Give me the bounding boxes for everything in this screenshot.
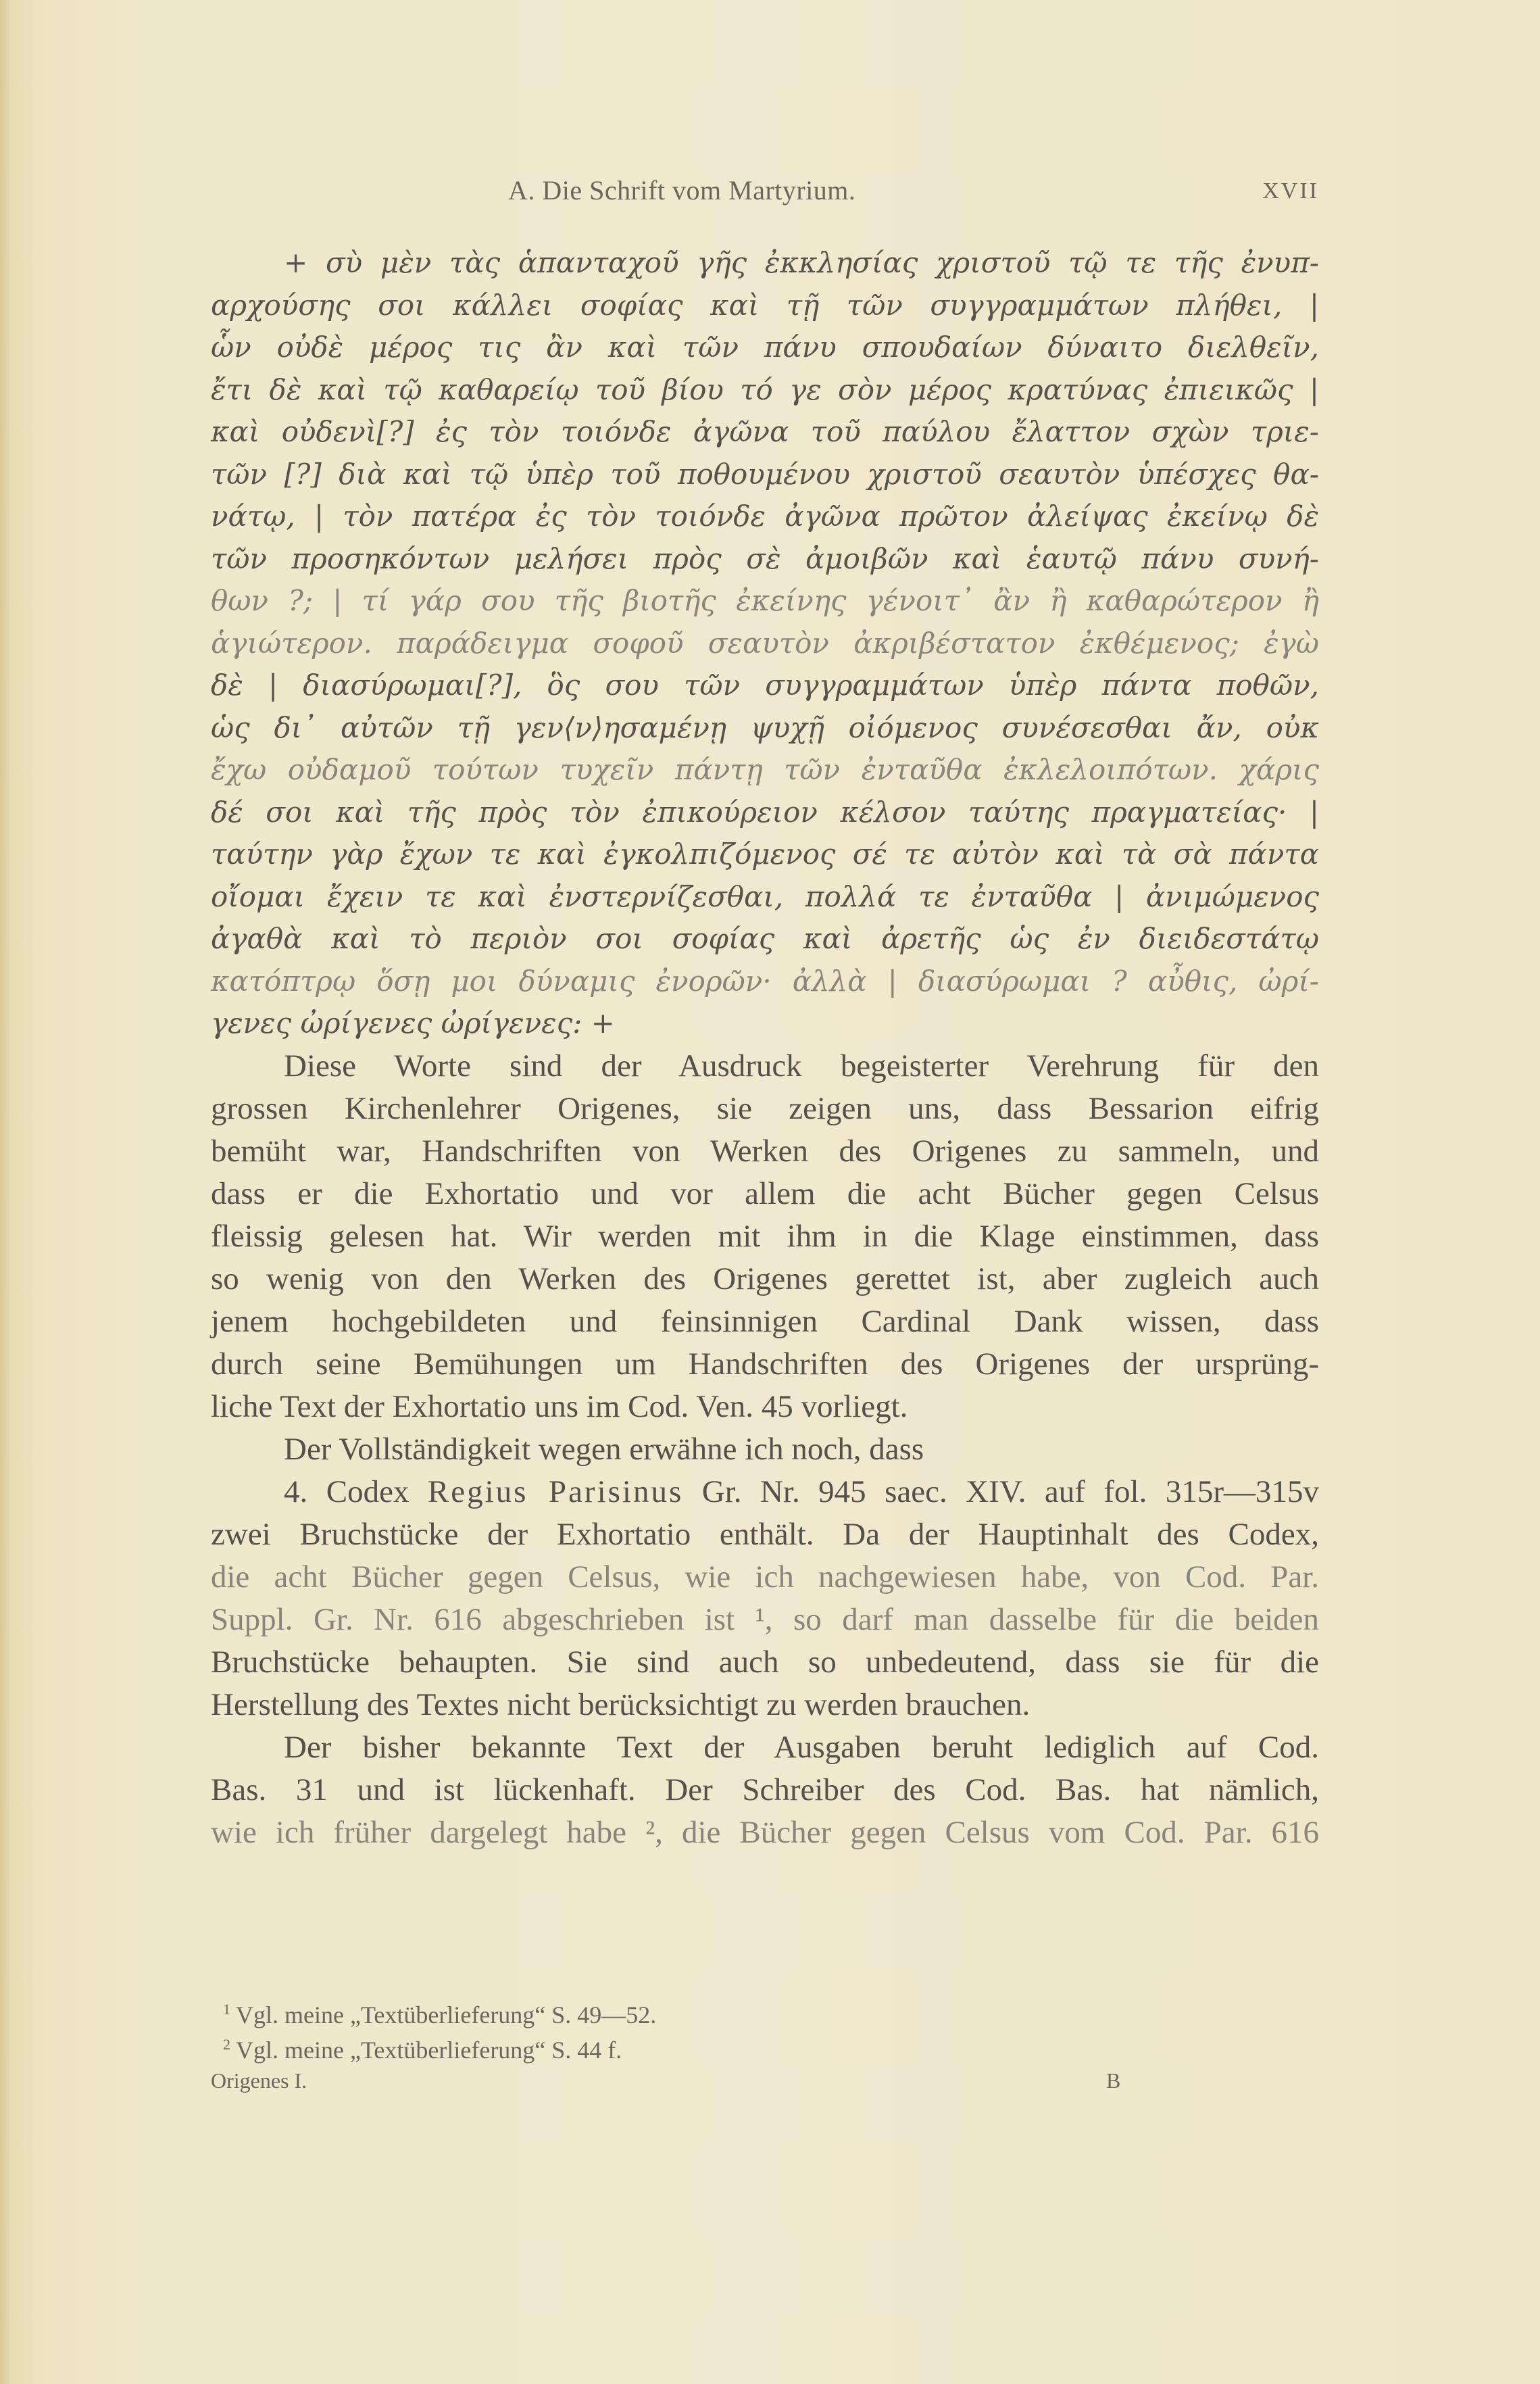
paragraph-line: jenem hochgebildeten und feinsinnigen Ca…	[211, 1300, 1319, 1343]
greek-line: αρχούσης σοι κάλλει σοφίας καὶ τῇ τῶν συ…	[211, 285, 1319, 327]
paragraph-line: Der bisher bekannte Text der Ausgaben be…	[211, 1726, 1319, 1769]
printer-signature: Origenes I. B	[211, 2068, 1319, 2098]
paragraph-line: fleissig gelesen hat. Wir werden mit ihm…	[211, 1215, 1319, 1258]
body-text: Diese Worte sind der Ausdruck begeistert…	[211, 1045, 1319, 1854]
codex-details: Gr. Nr. 945 saec. XIV. auf fol. 315r—315…	[683, 1474, 1319, 1509]
greek-line: τῶν [?] διὰ καὶ τῷ ὑπὲρ τοῦ ποθουμένου χ…	[211, 454, 1319, 496]
paragraph-line: Herstellung des Textes nicht berücksicht…	[211, 1684, 1319, 1726]
paragraph-line: Bruchstücke behaupten. Sie sind auch so …	[211, 1641, 1319, 1684]
footnote-mark: 1	[223, 2001, 230, 2018]
greek-line: ὡς δι᾽ αὐτῶν τῇ γεν⟨ν⟩ησαμένῃ ψυχῇ οἰόμε…	[211, 707, 1319, 750]
greek-line: τῶν προσηκόντων μελήσει πρὸς σὲ ἀμοιβῶν …	[211, 538, 1319, 581]
paragraph-line: die acht Bücher gegen Celsus, wie ich na…	[211, 1556, 1319, 1599]
codex-name: Regius Parisinus	[428, 1474, 683, 1509]
greek-line: νάτῳ, | τὸν πατέρα ἐς τὸν τοιόνδε ἀγῶνα …	[211, 495, 1319, 538]
paragraph-line: grossen Kirchenlehrer Origenes, sie zeig…	[211, 1088, 1319, 1130]
footnote-text: Vgl. meine „Textüberlieferung“ S. 49—52.	[236, 2001, 656, 2028]
codex-entry-heading: 4. Codex Regius Parisinus Gr. Nr. 945 sa…	[211, 1471, 1319, 1513]
footnote-mark: 2	[223, 2036, 230, 2053]
paragraph-line: Bas. 31 und ist lückenhaft. Der Schreibe…	[211, 1769, 1319, 1811]
greek-line: κατόπτρῳ ὅσῃ μοι δύναμις ἐνορῶν· ἀλλὰ | …	[211, 960, 1319, 1003]
paragraph-line: Suppl. Gr. Nr. 616 abgeschrieben ist ¹, …	[211, 1599, 1319, 1641]
greek-line: ἔτι δὲ καὶ τῷ καθαρείῳ τοῦ βίου τό γε σὸ…	[211, 369, 1319, 412]
greek-line: + σὺ μὲν τὰς ἁπανταχοῦ γῆς ἐκκλησίας χρι…	[211, 242, 1319, 285]
paragraph-line: so wenig von den Werken des Origenes ger…	[211, 1258, 1319, 1300]
greek-line: καὶ οὐδενὶ[?] ἐς τὸν τοιόνδε ἀγῶνα τοῦ π…	[211, 411, 1319, 454]
running-title: A. Die Schrift vom Martyrium.	[508, 174, 855, 206]
footnote-text: Vgl. meine „Textüberlieferung“ S. 44 f.	[236, 2037, 622, 2064]
page-header: A. Die Schrift vom Martyrium. XVII	[211, 174, 1319, 215]
paragraph-line: liche Text der Exhortatio uns im Cod. Ve…	[211, 1386, 1319, 1428]
greek-line: ἀγαθὰ καὶ τὸ περιὸν σοι σοφίας καὶ ἀρετῆ…	[211, 918, 1319, 960]
greek-quotation: + σὺ μὲν τὰς ἁπανταχοῦ γῆς ἐκκλησίας χρι…	[211, 242, 1319, 1045]
paragraph-line: wie ich früher dargelegt habe ², die Büc…	[211, 1811, 1319, 1854]
greek-line: δὲ | διασύρωμαι[?], ὃς σου τῶν συγγραμμά…	[211, 664, 1319, 707]
paragraph-line: Der Vollständigkeit wegen erwähne ich no…	[211, 1428, 1319, 1471]
signature-mark: B	[1106, 2068, 1120, 2093]
paragraph-line: Diese Worte sind der Ausdruck begeistert…	[211, 1045, 1319, 1088]
book-spine-edge	[0, 0, 9, 2384]
signature-title: Origenes I.	[211, 2068, 307, 2093]
paragraph-line: durch seine Bemühungen um Handschriften …	[211, 1343, 1319, 1386]
paragraph-line: dass er die Exhortatio und vor allem die…	[211, 1173, 1319, 1215]
greek-line: δέ σοι καὶ τῆς πρὸς τὸν ἐπικούρειον κέλσ…	[211, 792, 1319, 834]
paragraph-line: bemüht war, Handschriften von Werken des…	[211, 1130, 1319, 1173]
greek-line: γενες ὠρίγενες ὠρίγενες: +	[211, 1002, 1319, 1045]
greek-line: οἴομαι ἔχειν τε καὶ ἐνστερνίζεσθαι, πολλ…	[211, 876, 1319, 919]
footnotes: 1Vgl. meine „Textüberlieferung“ S. 49—52…	[211, 1997, 1319, 2068]
paragraph-line: zwei Bruchstücke der Exhortatio enthält.…	[211, 1513, 1319, 1556]
greek-line: ταύτην γὰρ ἔχων τε καὶ ἐγκολπιζόμενος σέ…	[211, 833, 1319, 876]
greek-line: ὧν οὐδὲ μέρος τις ἂν καὶ τῶν πάνυ σπουδα…	[211, 326, 1319, 369]
codex-number: 4. Codex	[284, 1474, 428, 1509]
page-number: XVII	[1262, 178, 1319, 204]
footnote-2: 2Vgl. meine „Textüberlieferung“ S. 44 f.	[211, 2033, 1319, 2068]
footnote-1: 1Vgl. meine „Textüberlieferung“ S. 49—52…	[211, 1997, 1319, 2033]
greek-line: ἔχω οὐδαμοῦ τούτων τυχεῖν πάντῃ τῶν ἐντα…	[211, 749, 1319, 792]
greek-line: ἁγιώτερον. παράδειγμα σοφοῦ σεαυτὸν ἀκρι…	[211, 623, 1319, 665]
greek-line: θων ?; | τί γάρ σου τῆς βιοτῆς ἐκείνης γ…	[211, 580, 1319, 623]
